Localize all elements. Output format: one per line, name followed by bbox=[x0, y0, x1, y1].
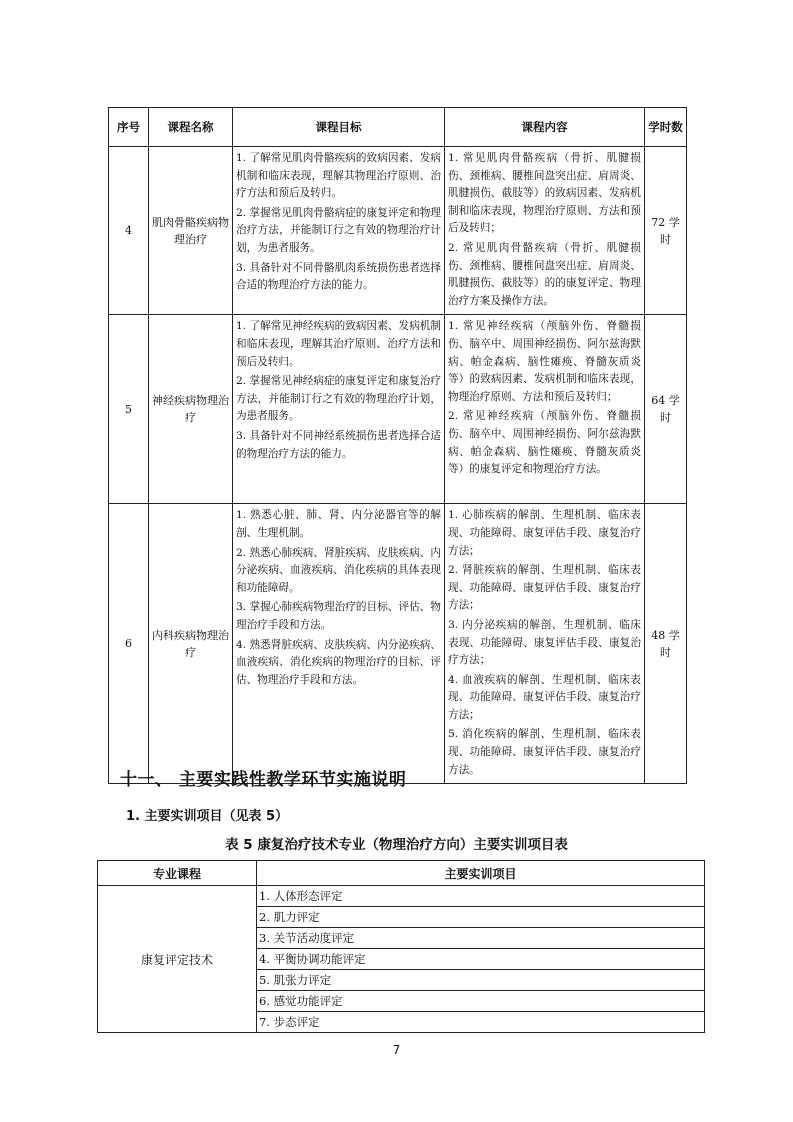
training-table: 专业课程 主要实训项目 康复评定技术 1. 人体形态评定 2. 肌力评定 3. … bbox=[97, 860, 705, 1033]
table-row: 6 内科疾病物理治疗 1. 熟悉心脏、肺、肾、内分泌器官等的解剖、生理机制。 2… bbox=[109, 504, 687, 784]
goal-item: 1. 了解常见肌肉骨骼疾病的致病因素、发病机制和临床表现，理解其物理治疗原则、治… bbox=[236, 150, 441, 203]
project-item: 7. 步态评定 bbox=[257, 1012, 705, 1033]
header-course: 专业课程 bbox=[98, 861, 257, 886]
row-course-name: 内科疾病物理治疗 bbox=[149, 504, 233, 784]
course-table-header: 序号 课程名称 课程目标 课程内容 学时数 bbox=[109, 108, 687, 147]
row-content: 1. 常见神经疾病（颅脑外伤、脊髓损伤、脑卒中、周围神经损伤、阿尔兹海默病、帕金… bbox=[445, 315, 645, 504]
row-no: 4 bbox=[109, 147, 149, 315]
row-goals: 1. 熟悉心脏、肺、肾、内分泌器官等的解剖、生理机制。 2. 熟悉心肺疾病、肾脏… bbox=[233, 504, 445, 784]
header-projects: 主要实训项目 bbox=[257, 861, 705, 886]
row-content: 1. 心肺疾病的解剖、生理机制、临床表现、功能障碍、康复评估手段、康复治疗方法；… bbox=[445, 504, 645, 784]
row-goals: 1. 了解常见肌肉骨骼疾病的致病因素、发病机制和临床表现，理解其物理治疗原则、治… bbox=[233, 147, 445, 315]
content-item: 3. 内分泌疾病的解剖、生理机制、临床表现、功能障碍、康复评估手段、康复治疗方法… bbox=[448, 617, 641, 670]
training-table-header: 专业课程 主要实训项目 bbox=[98, 861, 705, 886]
row-hours: 64 学时 bbox=[645, 315, 687, 504]
row-goals: 1. 了解常见神经疾病的致病因素、发病机制和临床表现，理解其治疗原则、治疗方法和… bbox=[233, 315, 445, 504]
header-goals: 课程目标 bbox=[233, 108, 445, 147]
course-name: 康复评定技术 bbox=[98, 886, 257, 1033]
section-subheading: 1. 主要实训项目（见表 5） bbox=[126, 805, 288, 824]
goal-item: 1. 熟悉心脏、肺、肾、内分泌器官等的解剖、生理机制。 bbox=[236, 507, 441, 542]
row-hours: 72 学时 bbox=[645, 147, 687, 315]
content-item: 1. 常见肌肉骨骼疾病（骨折、肌腱损伤、颈椎病、腰椎间盘突出症、肩周炎、肌腱损伤… bbox=[448, 150, 641, 238]
table-row: 4 肌肉骨骼疾病物理治疗 1. 了解常见肌肉骨骼疾病的致病因素、发病机制和临床表… bbox=[109, 147, 687, 315]
content-item: 2. 常见神经疾病（颅脑外伤、脊髓损伤、脑卒中、周围神经损伤、阿尔兹海默病、帕金… bbox=[448, 408, 641, 478]
goal-item: 3. 具备针对不同神经系统损伤患者选择合适的物理治疗方法的能力。 bbox=[236, 428, 441, 463]
goal-item: 3. 掌握心肺疾病物理治疗的目标、评估、物理治疗手段和方法。 bbox=[236, 599, 441, 634]
project-item: 6. 感觉功能评定 bbox=[257, 991, 705, 1012]
row-no: 6 bbox=[109, 504, 149, 784]
content-item: 1. 常见神经疾病（颅脑外伤、脊髓损伤、脑卒中、周围神经损伤、阿尔兹海默病、帕金… bbox=[448, 318, 641, 406]
header-name: 课程名称 bbox=[149, 108, 233, 147]
project-item: 1. 人体形态评定 bbox=[257, 886, 705, 907]
row-no: 5 bbox=[109, 315, 149, 504]
content-item: 2. 常见肌肉骨骼疾病（骨折、肌腱损伤、颈椎病、腰椎间盘突出症、肩周炎、肌腱损伤… bbox=[448, 240, 641, 310]
header-content: 课程内容 bbox=[445, 108, 645, 147]
section-heading: 十一、 主要实践性教学环节实施说明 bbox=[120, 765, 406, 790]
table-row: 5 神经疾病物理治疗 1. 了解常见神经疾病的致病因素、发病机制和临床表现，理解… bbox=[109, 315, 687, 504]
table-row: 康复评定技术 1. 人体形态评定 bbox=[98, 886, 705, 907]
goal-item: 1. 了解常见神经疾病的致病因素、发病机制和临床表现，理解其治疗原则、治疗方法和… bbox=[236, 318, 441, 371]
page-number: 7 bbox=[0, 1043, 793, 1057]
project-item: 2. 肌力评定 bbox=[257, 907, 705, 928]
row-hours: 48 学时 bbox=[645, 504, 687, 784]
row-course-name: 神经疾病物理治疗 bbox=[149, 315, 233, 504]
row-content: 1. 常见肌肉骨骼疾病（骨折、肌腱损伤、颈椎病、腰椎间盘突出症、肩周炎、肌腱损伤… bbox=[445, 147, 645, 315]
content-item: 5. 消化疾病的解剖、生理机制、临床表现、功能障碍、康复评估手段、康复治疗方法。 bbox=[448, 726, 641, 779]
project-item: 3. 关节活动度评定 bbox=[257, 928, 705, 949]
goal-item: 4. 熟悉肾脏疾病、皮肤疾病、内分泌疾病、血液疾病、消化疾病的物理治疗的目标、评… bbox=[236, 637, 441, 690]
goal-item: 2. 掌握常见肌肉骨骼病症的康复评定和物理治疗方法，并能制订行之有效的物理治疗计… bbox=[236, 205, 441, 258]
header-no: 序号 bbox=[109, 108, 149, 147]
table-caption: 表 5 康复治疗技术专业（物理治疗方向）主要实训项目表 bbox=[0, 833, 793, 853]
content-item: 2. 肾脏疾病的解剖、生理机制、临床表现、功能障碍、康复评估手段、康复治疗方法； bbox=[448, 562, 641, 615]
project-item: 4. 平衡协调功能评定 bbox=[257, 949, 705, 970]
course-table: 序号 课程名称 课程目标 课程内容 学时数 4 肌肉骨骼疾病物理治疗 1. 了解… bbox=[108, 107, 687, 784]
row-course-name: 肌肉骨骼疾病物理治疗 bbox=[149, 147, 233, 315]
content-item: 4. 血液疾病的解剖、生理机制、临床表现、功能障碍、康复评估手段、康复治疗方法； bbox=[448, 672, 641, 725]
project-item: 5. 肌张力评定 bbox=[257, 970, 705, 991]
goal-item: 3. 具备针对不同骨骼肌肉系统损伤患者选择合适的物理治疗方法的能力。 bbox=[236, 260, 441, 295]
goal-item: 2. 熟悉心肺疾病、肾脏疾病、皮肤疾病、内分泌疾病、血液疾病、消化疾病的具体表现… bbox=[236, 545, 441, 598]
header-hours: 学时数 bbox=[645, 108, 687, 147]
goal-item: 2. 掌握常见神经病症的康复评定和康复治疗方法，并能制订行之有效的物理治疗计划，… bbox=[236, 373, 441, 426]
content-item: 1. 心肺疾病的解剖、生理机制、临床表现、功能障碍、康复评估手段、康复治疗方法； bbox=[448, 507, 641, 560]
